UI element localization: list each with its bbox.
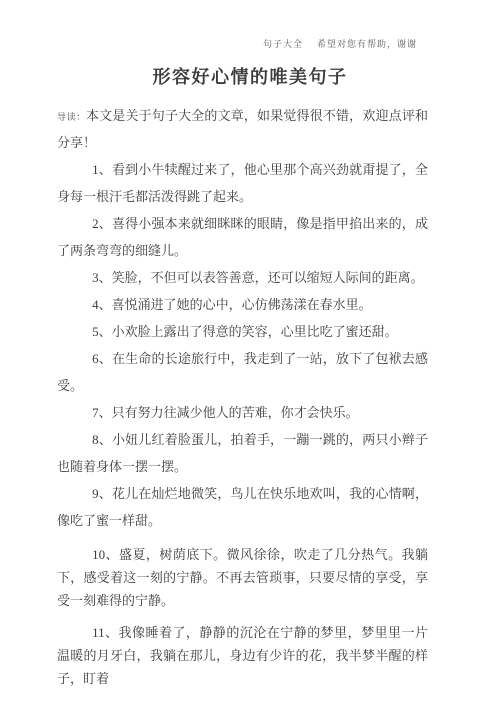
intro-paragraph: 导读：本文是关于句子大全的文章，如果觉得很不错，欢迎点评和分享！ (57, 103, 428, 156)
document-page: 句子大全希望对您有帮助，谢谢 形容好心情的唯美句子 导读：本文是关于句子大全的文… (0, 0, 500, 707)
article-body: 导读：本文是关于句子大全的文章，如果觉得很不错，欢迎点评和分享！ 1、看到小牛犊… (0, 103, 500, 690)
sentence-item-1: 1、看到小牛犊醒过来了，他心里那个高兴劲就甭提了，全身每一根汗毛都活泼得跳了起来… (57, 156, 428, 210)
sentence-item-9: 9、花儿在灿烂地微笑，鸟儿在快乐地欢叫，我的心情啊，像吃了蜜一样甜。 (57, 480, 428, 534)
page-title: 形容好心情的唯美句子 (0, 0, 500, 90)
sentence-item-11: 11、我像睡着了，静静的沉沦在宁静的梦里，梦里里一片温暖的月牙白，我躺在那儿，身… (57, 621, 428, 690)
sentence-item-5: 5、小欢脸上露出了得意的笑容，心里比吃了蜜还甜。 (57, 318, 428, 345)
sentence-item-4: 4、喜悦涌进了她的心中，心仿佛荡漾在春水里。 (57, 291, 428, 318)
header-tagline: 希望对您有帮助，谢谢 (317, 39, 417, 49)
sentence-item-10: 10、盛夏，树荫底下。微风徐徐，吹走了几分热气。我躺下，感受着这一刻的宁静。不再… (57, 543, 428, 612)
intro-text: 本文是关于句子大全的文章，如果觉得很不错，欢迎点评和分享！ (57, 108, 428, 150)
sentence-item-6: 6、在生命的长途旅行中，我走到了一站，放下了包袱去感受。 (57, 345, 428, 399)
site-name: 句子大全 (263, 39, 303, 49)
sentence-item-8: 8、小妞儿红着脸蛋儿，拍着手，一蹦一跳的，两只小辫子也随着身体一摆一摆。 (57, 426, 428, 480)
sentence-item-7: 7、只有努力往减少他人的苦难，你才会快乐。 (57, 399, 428, 426)
sentence-item-3: 3、笑脸，不但可以表答善意，还可以缩短人际间的距离。 (57, 264, 428, 291)
intro-label: 导读： (57, 112, 86, 122)
page-header: 句子大全希望对您有帮助，谢谢 (263, 37, 417, 50)
sentence-item-2: 2、喜得小强本来就细眯眯的眼睛，像是指甲掐出来的，成了两条弯弯的细缝儿。 (57, 210, 428, 264)
